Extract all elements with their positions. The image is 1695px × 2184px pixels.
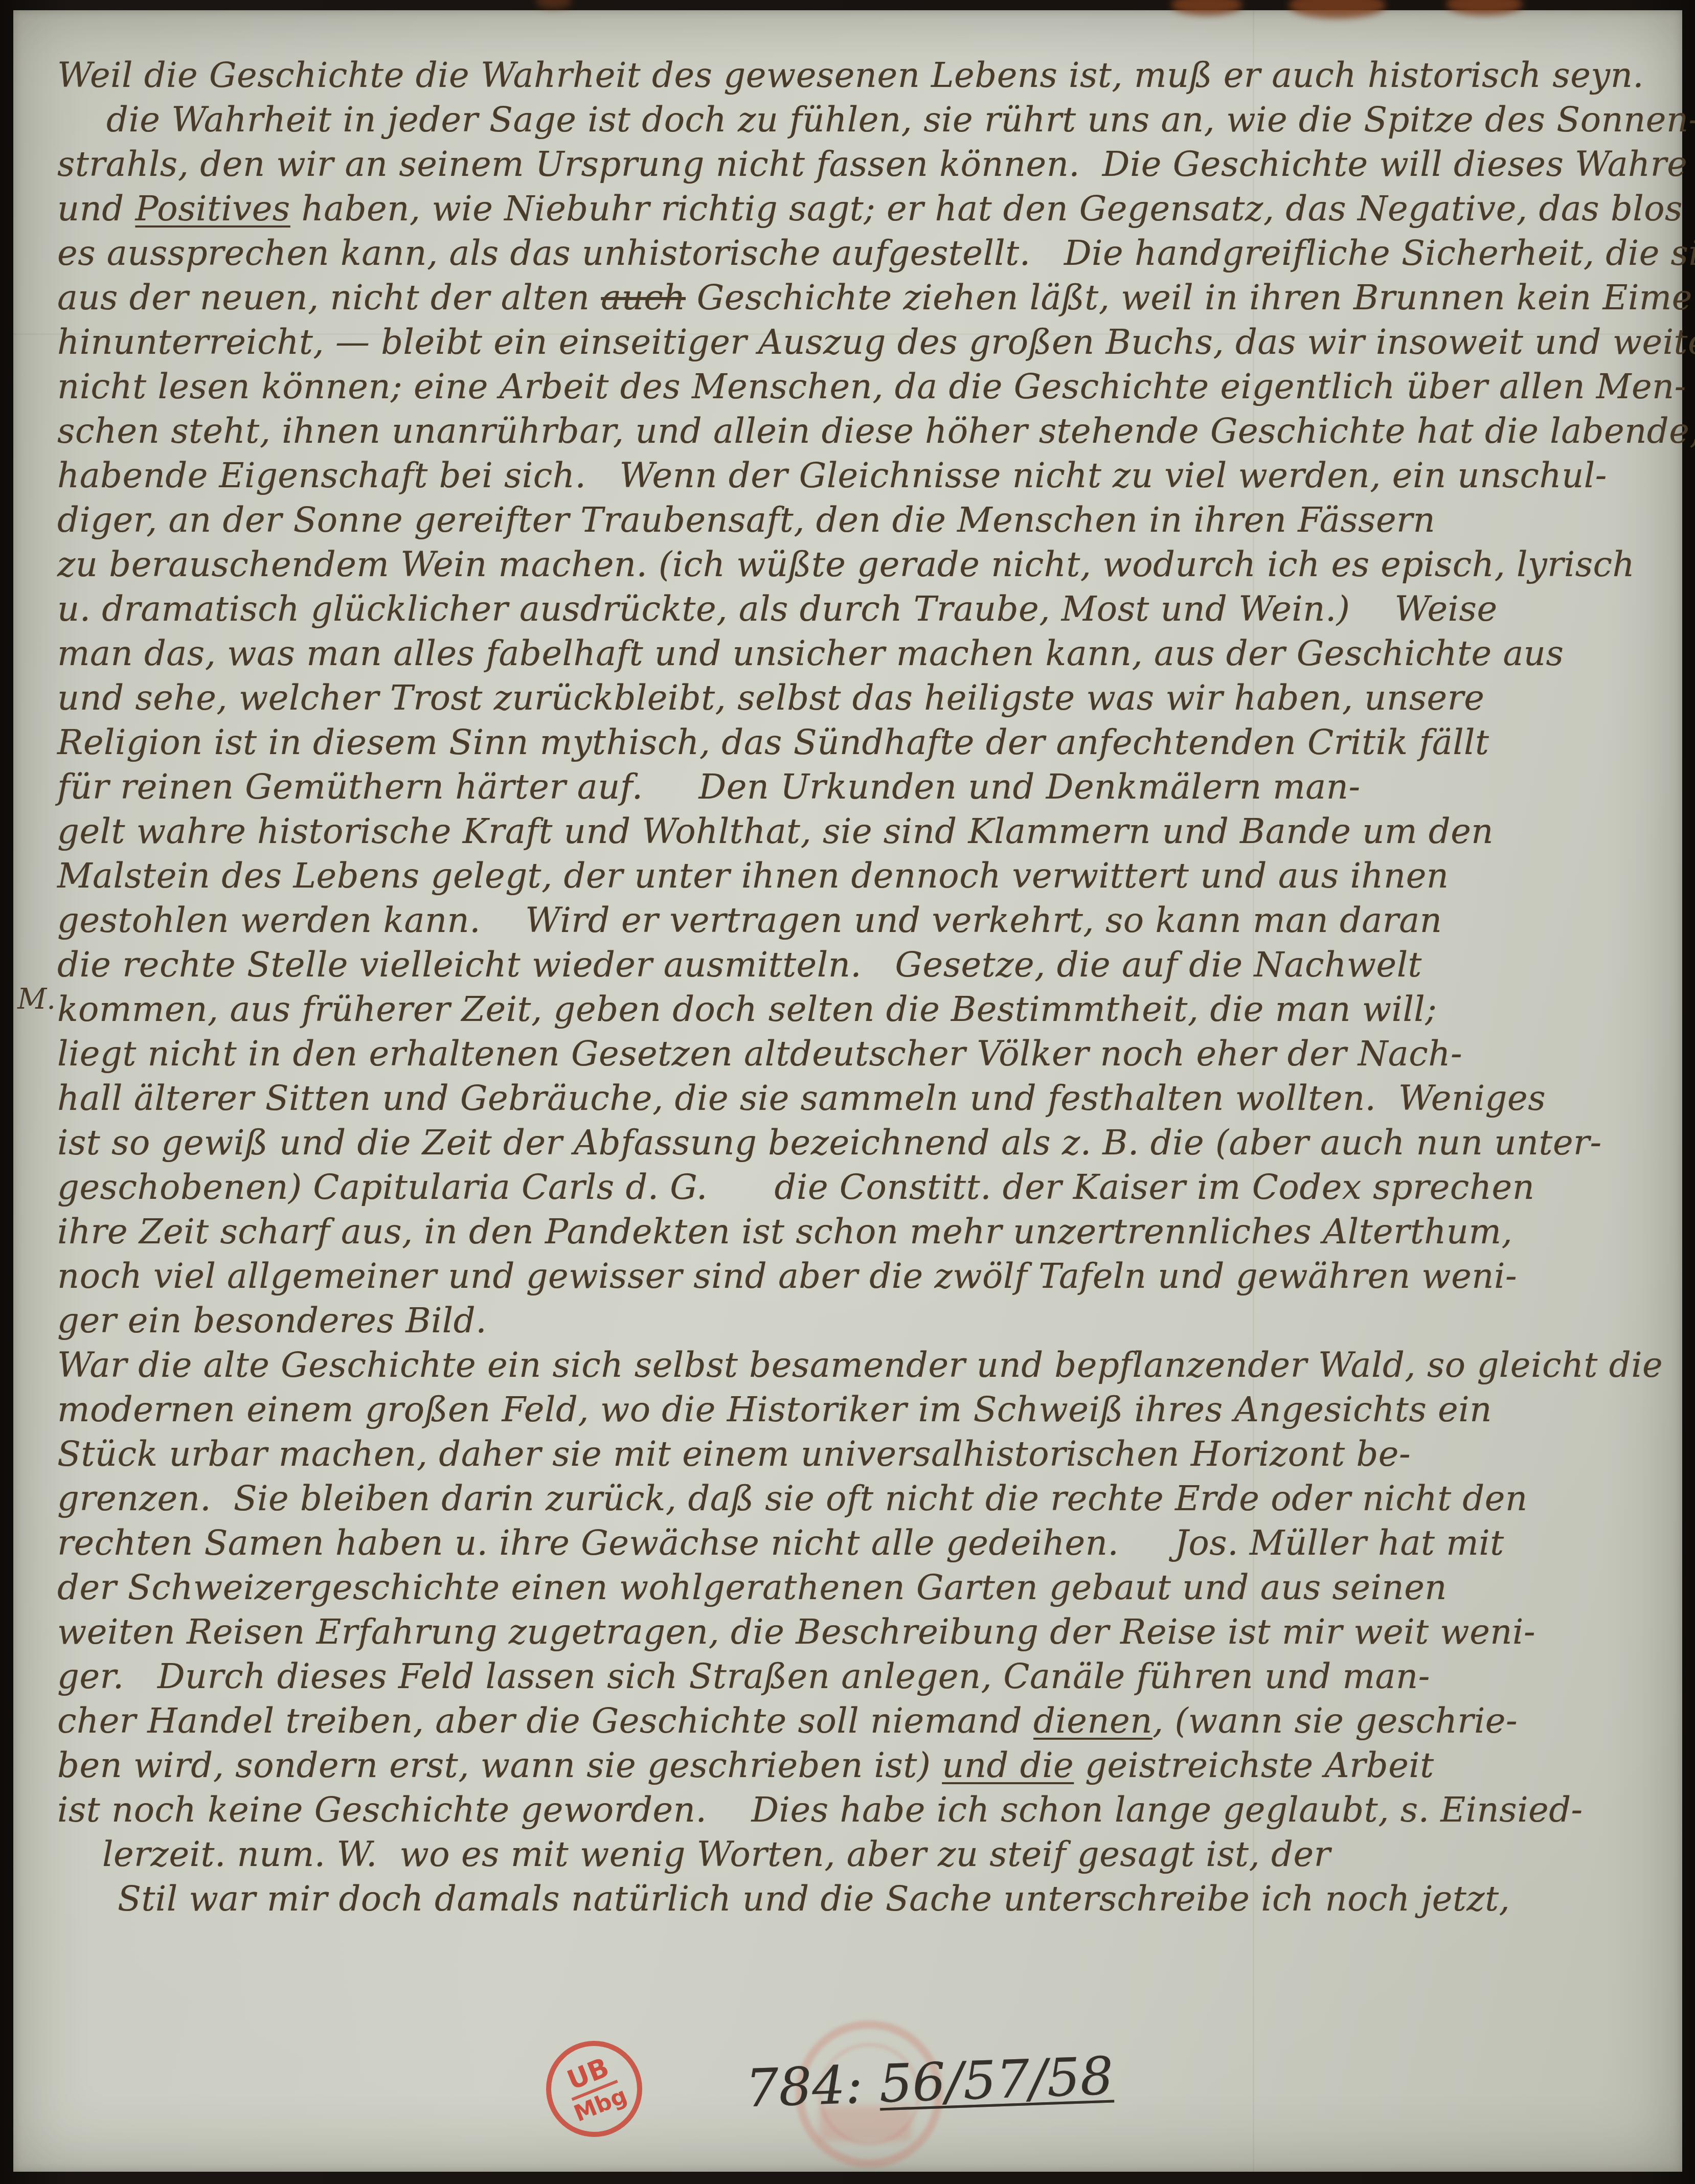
manuscript-line: die rechte Stelle vielleicht wieder ausm…	[57, 943, 1658, 987]
manuscript-text: Weil die Geschichte die Wahrheit des gew…	[57, 53, 1658, 1921]
manuscript-line: nicht lesen können; eine Arbeit des Mens…	[57, 365, 1658, 409]
manuscript-line: kommen, aus früherer Zeit, geben doch se…	[57, 987, 1658, 1032]
manuscript-line: hinunterreicht, — bleibt ein einseitiger…	[57, 320, 1658, 365]
manuscript-line: lerzeit. num. W. wo es mit wenig Worten,…	[57, 1832, 1658, 1877]
shelfmark-numbers: 56/57/58	[878, 2045, 1114, 2114]
manuscript-line: grenzen. Sie bleiben darin zurück, daß s…	[57, 1476, 1658, 1521]
manuscript-line: liegt nicht in den erhaltenen Gesetzen a…	[57, 1032, 1658, 1076]
manuscript-line: Malstein des Lebens gelegt, der unter ih…	[57, 854, 1658, 898]
manuscript-line: gelt wahre historische Kraft und Wohltha…	[57, 809, 1658, 854]
manuscript-line: hall älterer Sitten und Gebräuche, die s…	[57, 1076, 1658, 1121]
manuscript-line: man das, was man alles fabelhaft und uns…	[57, 631, 1658, 676]
manuscript-line: und Positives haben, wie Niebuhr richtig…	[57, 187, 1658, 231]
manuscript-line: aus der neuen, nicht der alten auch Gesc…	[57, 276, 1658, 320]
manuscript-line: gestohlen werden kann. Wird er vertragen…	[57, 898, 1658, 943]
shelfmark: 784: 56/57/58	[744, 2045, 1114, 2119]
marginal-note: M.	[17, 983, 56, 1016]
manuscript-line: modernen einem großen Feld, wo die Histo…	[57, 1387, 1658, 1432]
manuscript-line: ihre Zeit scharf aus, in den Pandekten i…	[57, 1210, 1658, 1254]
manuscript-line: Religion ist in diesem Sinn mythisch, da…	[57, 720, 1658, 765]
manuscript-line: habende Eigenschaft bei sich. Wenn der G…	[57, 453, 1658, 498]
manuscript-line: ist noch keine Geschichte geworden. Dies…	[57, 1788, 1658, 1832]
manuscript-line: u. dramatisch glücklicher ausdrückte, al…	[57, 587, 1658, 631]
shelfmark-prefix: 784:	[744, 2054, 880, 2119]
manuscript-line: Stil war mir doch damals natürlich und d…	[57, 1877, 1658, 1921]
manuscript-line: War die alte Geschichte ein sich selbst …	[57, 1343, 1658, 1387]
manuscript-line: rechten Samen haben u. ihre Gewächse nic…	[57, 1521, 1658, 1565]
manuscript-line: zu berauschendem Wein machen. (ich wüßte…	[57, 542, 1658, 587]
manuscript-line: ist so gewiß und die Zeit der Abfassung …	[57, 1121, 1658, 1165]
manuscript-line: Stück urbar machen, daher sie mit einem …	[57, 1432, 1658, 1476]
manuscript-line: die Wahrheit in jeder Sage ist doch zu f…	[57, 98, 1658, 142]
manuscript-line: diger, an der Sonne gereifter Traubensaf…	[57, 498, 1658, 542]
manuscript-line: noch viel allgemeiner und gewisser sind …	[57, 1254, 1658, 1299]
manuscript-line: ger. Durch dieses Feld lassen sich Straß…	[57, 1654, 1658, 1699]
manuscript-line: der Schweizergeschichte einen wohlgerath…	[57, 1565, 1658, 1610]
manuscript-line: cher Handel treiben, aber die Geschichte…	[57, 1699, 1658, 1743]
manuscript-line: weiten Reisen Erfahrung zugetragen, die …	[57, 1610, 1658, 1654]
manuscript-line: für reinen Gemüthern härter auf. Den Urk…	[57, 765, 1658, 809]
manuscript-line: schen steht, ihnen unanrührbar, und alle…	[57, 409, 1658, 453]
manuscript-line: Weil die Geschichte die Wahrheit des gew…	[57, 53, 1658, 98]
manuscript-line: es aussprechen kann, als das unhistorisc…	[57, 231, 1658, 276]
manuscript-line: strahls, den wir an seinem Ursprung nich…	[57, 142, 1658, 187]
manuscript-line: ben wird, sondern erst, wann sie geschri…	[57, 1743, 1658, 1788]
manuscript-line: ger ein besonderes Bild.	[57, 1299, 1658, 1343]
manuscript-line: und sehe, welcher Trost zurückbleibt, se…	[57, 676, 1658, 720]
manuscript-line: geschobenen) Capitularia Carls d. G. die…	[57, 1165, 1658, 1210]
